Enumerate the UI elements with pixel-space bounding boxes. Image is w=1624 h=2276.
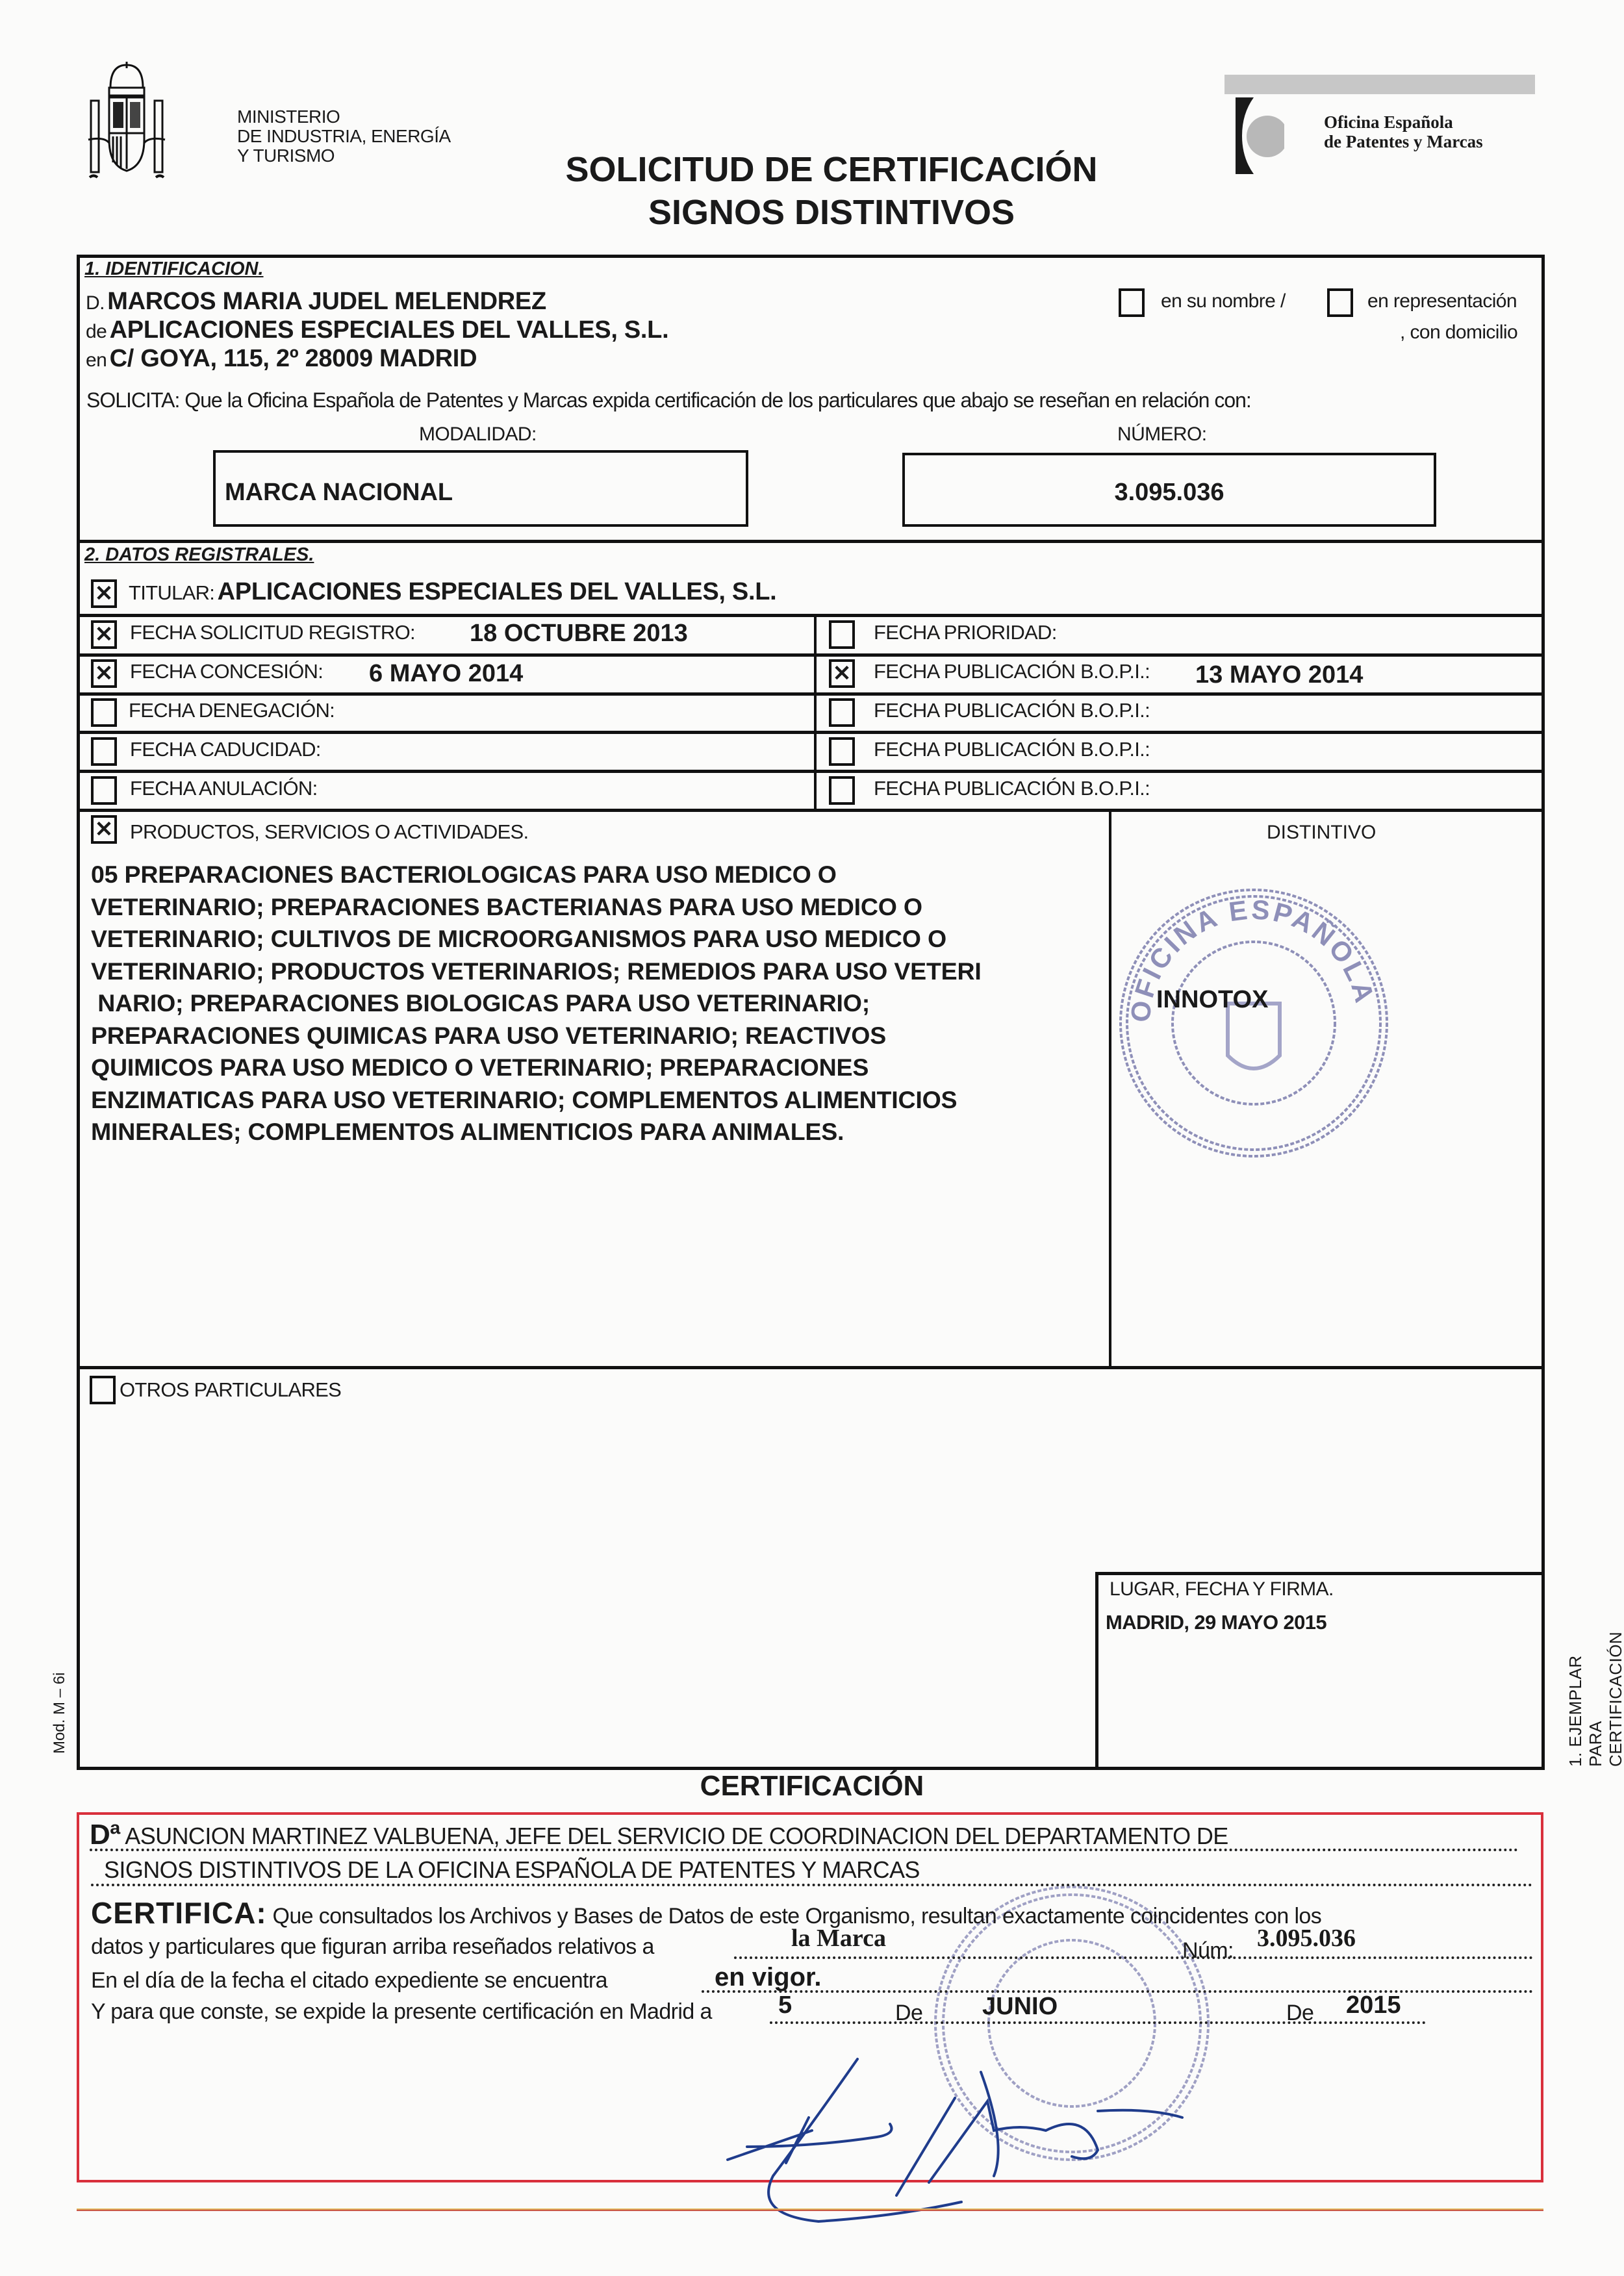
section-datos-registrales-title: 2. DATOS REGISTRALES. [84, 544, 314, 566]
certificacion-title: CERTIFICACIÓN [0, 1770, 1624, 1802]
distintivo-value: INNOTOX [1156, 986, 1268, 1014]
en-representacion-checkbox[interactable] [1327, 288, 1353, 317]
divider [77, 692, 1545, 696]
con-domicilio-label: , con domicilio [1400, 322, 1517, 344]
divider [814, 614, 817, 810]
distintivo-label: DISTINTIVO [1267, 822, 1376, 844]
applicant-name: MARCOS MARIA JUDEL MELENDREZ [107, 288, 546, 315]
numero-field[interactable]: 3.095.036 [902, 453, 1436, 527]
fecha-caducidad-checkbox[interactable] [91, 737, 117, 766]
modalidad-field[interactable]: MARCA NACIONAL [213, 450, 748, 527]
en-su-nombre-label: en su nombre / [1161, 290, 1286, 312]
applicant-name-line: D. MARCOS MARIA JUDEL MELENDREZ [86, 288, 546, 316]
anio-value: 2015 [1346, 1991, 1401, 2019]
fecha-denegacion-checkbox[interactable] [91, 698, 117, 727]
oepm-grey-bar [1224, 75, 1535, 94]
expediente-line: En el día de la fecha el citado expedien… [91, 1968, 607, 1993]
titular-line: TITULAR: APLICACIONES ESPECIALES DEL VAL… [129, 578, 776, 606]
official-stamp-icon: OFICINA ESPAÑOLA DE PATENTES Y MARCAS · … [1104, 874, 1403, 1172]
certifying-officer: ASUNCION MARTINEZ VALBUENA, JEFE DEL SER… [125, 1823, 1228, 1849]
fecha-concesion-checkbox[interactable]: ✕ [91, 659, 117, 688]
fecha-prioridad-checkbox[interactable] [829, 620, 855, 649]
fecha-solicitud-value: 18 OCTUBRE 2013 [470, 620, 688, 648]
en-representacion-label: en representación [1367, 290, 1517, 312]
numero-label: NÚMERO: [1117, 424, 1206, 446]
fecha-anulacion-checkbox[interactable] [91, 776, 117, 805]
fecha-solicitud-checkbox[interactable]: ✕ [91, 620, 117, 649]
numero-value: 3.095.036 [905, 479, 1434, 507]
divider [77, 540, 1545, 543]
divider [77, 653, 1545, 657]
modalidad-label: MODALIDAD: [419, 424, 537, 446]
dotted-line [770, 2021, 1426, 2024]
num-label: Núm: [1182, 1938, 1234, 1964]
productos-checkbox[interactable]: ✕ [91, 815, 117, 844]
expide-line: Y para que conste, se expide la presente… [91, 1999, 712, 2025]
products-list: 05 PREPARACIONES BACTERIOLOGICAS PARA US… [91, 859, 1104, 1148]
cert-line-1: Dª ASUNCION MARTINEZ VALBUENA, JEFE DEL … [90, 1819, 1228, 1851]
copy-designation: 1. EJEMPLAR PARA CERTIFICACIÓN [1566, 1632, 1624, 1767]
lugar-fecha-firma-box [1095, 1572, 1545, 1770]
dotted-line [91, 1884, 1533, 1886]
applicant-address-line: en C/ GOYA, 115, 2º 28009 MADRID [86, 345, 477, 373]
fecha-concesion-value: 6 MAYO 2014 [369, 660, 523, 688]
form-model-code: Mod. M – 6i [51, 1673, 69, 1754]
de-label-2: De [1286, 2001, 1313, 2026]
divider [77, 614, 1545, 617]
lugar-fecha-value: MADRID, 29 MAYO 2015 [1106, 1611, 1326, 1634]
num-value: 3.095.036 [1257, 1924, 1356, 1953]
divider [77, 731, 1545, 734]
dia-value: 5 [778, 1991, 792, 2019]
certifica-line: CERTIFICA: Que consultados los Archivos … [91, 1895, 1321, 1930]
titular-value: APLICACIONES ESPECIALES DEL VALLES, S.L. [218, 578, 777, 605]
modalidad-value: MARCA NACIONAL [225, 479, 453, 507]
fecha-publicacion-bopi-value: 13 MAYO 2014 [1195, 661, 1363, 689]
footer-color-rule [77, 2208, 1543, 2211]
fecha-publicacion-bopi-2-checkbox[interactable] [829, 698, 855, 727]
divider [77, 809, 1545, 812]
signature-icon [682, 2046, 1267, 2241]
page-title: SOLICITUD DE CERTIFICACIÓN SIGNOS DISTIN… [0, 148, 1624, 234]
mes-value: JUNIO [982, 1993, 1058, 2021]
dotted-line [734, 1956, 1533, 1959]
oepm-logo-icon [1236, 97, 1284, 174]
applicant-address: C/ GOYA, 115, 2º 28009 MADRID [110, 345, 477, 372]
cert-line-2: SIGNOS DISTINTIVOS DE LA OFICINA ESPAÑOL… [104, 1856, 920, 1884]
fecha-publicacion-bopi-1-checkbox[interactable]: ✕ [829, 659, 855, 688]
de-label-1: De [895, 2001, 922, 2026]
estado-value: en vigor. [715, 1963, 822, 1992]
fecha-publicacion-bopi-4-checkbox[interactable] [829, 776, 855, 805]
divider [77, 770, 1545, 773]
relativos-line: datos y particulares que figuran arriba … [91, 1934, 654, 1960]
applicant-company-line: de APLICACIONES ESPECIALES DEL VALLES, S… [86, 316, 668, 344]
solicita-text: SOLICITA: Que la Oficina Española de Pat… [86, 388, 1251, 412]
titular-checkbox[interactable]: ✕ [91, 579, 117, 608]
en-su-nombre-checkbox[interactable] [1119, 288, 1145, 317]
relativos-value: la Marca [791, 1924, 886, 1953]
otros-particulares-checkbox[interactable] [90, 1376, 116, 1404]
applicant-company: APLICACIONES ESPECIALES DEL VALLES, S.L. [110, 316, 669, 344]
section-identificacion-title: 1. IDENTIFICACION. [84, 259, 264, 280]
divider [77, 1366, 1545, 1369]
lugar-fecha-firma-label: LUGAR, FECHA Y FIRMA. [1110, 1578, 1334, 1600]
dotted-line [702, 1990, 1533, 1993]
fecha-publicacion-bopi-3-checkbox[interactable] [829, 737, 855, 766]
oepm-name: Oficina Española de Patentes y Marcas [1324, 112, 1483, 151]
